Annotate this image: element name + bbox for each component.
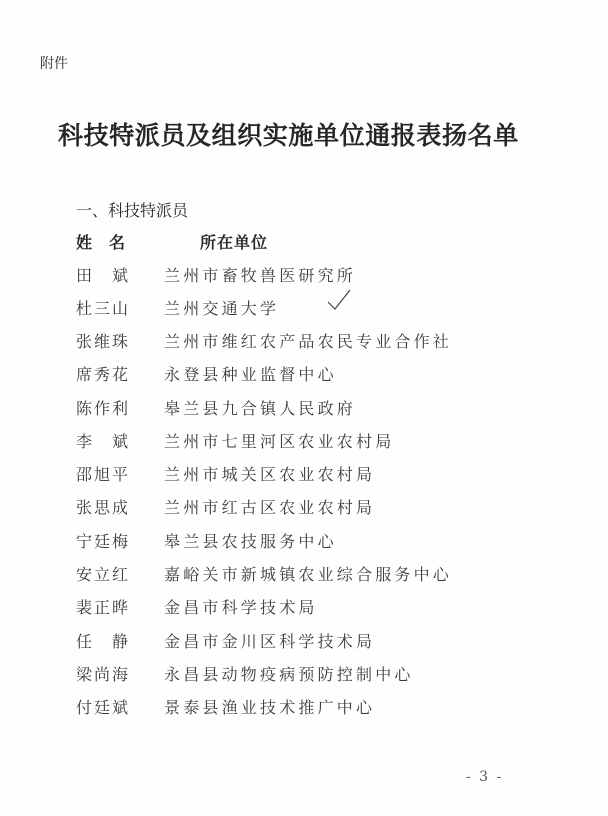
person-unit: 兰州市红古区农业农村局 [164,495,375,518]
column-header-unit: 所在单位 [200,230,268,253]
person-unit: 永登县种业监督中心 [164,362,337,385]
person-name: 安立红 [76,562,136,585]
person-unit: 景泰县渔业技术推广中心 [164,695,375,718]
person-name: 任 静 [76,629,136,652]
document-title: 科技特派员及组织实施单位通报表扬名单 [58,116,519,152]
person-name: 席秀花 [76,362,136,385]
person-name: 裴正晔 [76,595,136,618]
person-name: 李 斌 [76,429,136,452]
person-unit: 兰州市城关区农业农村局 [164,462,375,485]
person-unit: 兰州市维红农产品农民专业合作社 [164,329,452,352]
person-unit: 永昌县动物疫病预防控制中心 [164,662,414,685]
person-name: 宁廷梅 [76,529,136,552]
person-name: 陈作利 [76,396,136,419]
person-name: 邵旭平 [76,462,136,485]
person-unit: 皋兰县九合镇人民政府 [164,396,356,419]
person-name: 张维珠 [76,329,136,352]
attachment-label: 附件 [40,53,68,73]
person-name: 梁尚海 [76,662,136,685]
person-unit: 兰州市七里河区农业农村局 [164,429,394,452]
person-unit: 兰州交通大学 [164,296,279,319]
checkmark-icon [327,289,351,311]
person-name: 付廷斌 [76,695,136,718]
person-unit: 金昌市金川区科学技术局 [164,629,375,652]
person-unit: 嘉峪关市新城镇农业综合服务中心 [164,562,452,585]
person-unit: 金昌市科学技术局 [164,595,318,618]
person-unit: 皋兰县农技服务中心 [164,529,337,552]
section-heading: 一、科技特派员 [76,198,188,221]
person-unit: 兰州市畜牧兽医研究所 [164,263,356,286]
person-name: 田 斌 [76,263,136,286]
column-header-name: 姓名 [76,230,142,253]
person-name: 张思成 [76,495,136,518]
person-name: 杜三山 [76,296,136,319]
page-number: - 3 - [466,769,503,785]
